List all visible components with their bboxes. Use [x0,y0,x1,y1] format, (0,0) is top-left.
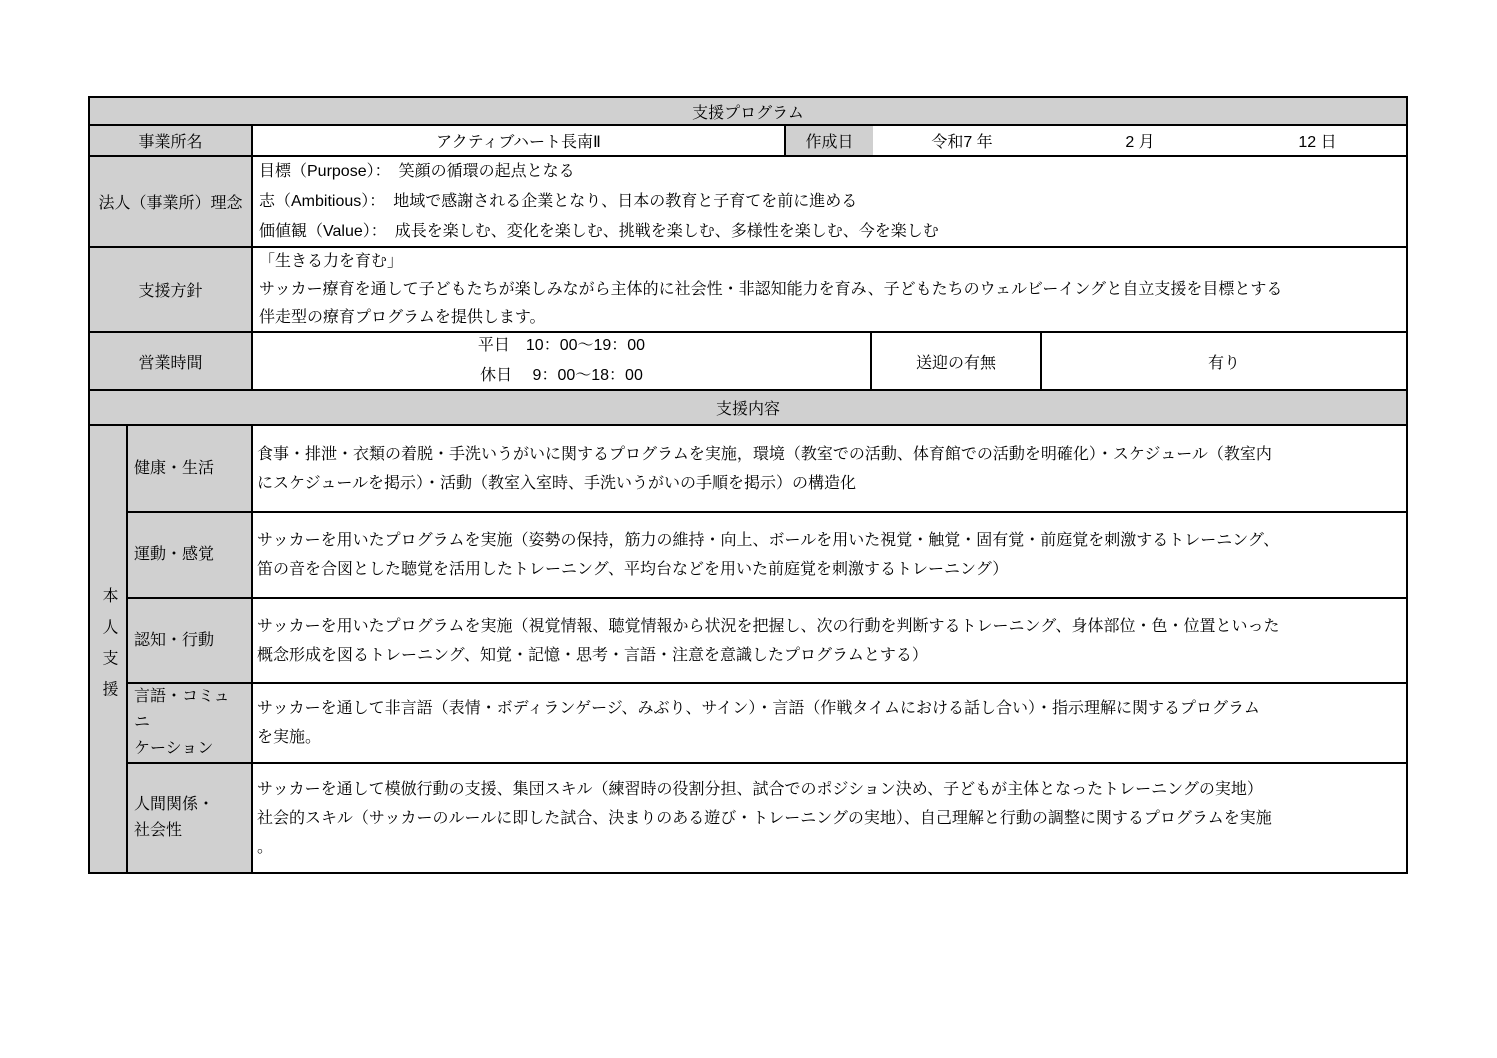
pickup-label: 送迎の有無 [872,333,1042,389]
personal-support-side-label: 本人支援 [100,587,116,712]
row-text-motor-sensory: サッカーを用いたプログラムを実施（姿勢の保持，筋力の維持・向上、ボールを用いた視… [257,526,1279,584]
row-text-cell: サッカーを用いたプログラムを実施（姿勢の保持，筋力の維持・向上、ボールを用いた視… [253,513,1406,597]
created-date-label: 作成日 [786,126,873,155]
support-content-body: 本人支援 健康・生活 食事・排泄・衣類の着脱・手洗いうがいに関するプログラムを実… [90,426,1406,872]
business-hours-row: 営業時間 平日 10：00～19：00 休日 9：00～18：00 送迎の有無 … [90,333,1406,391]
row-text-health-life: 食事・排泄・衣類の着脱・手洗いうがいに関するプログラムを実施，環境（教室での活動… [257,440,1272,498]
table-row-motor-sensory: 運動・感覚 サッカーを用いたプログラムを実施（姿勢の保持，筋力の維持・向上、ボー… [128,513,1406,599]
table-row-health-life: 健康・生活 食事・排泄・衣類の着脱・手洗いうがいに関するプログラムを実施，環境（… [128,426,1406,513]
business-hours-label: 営業時間 [90,333,253,389]
row-text-cell: サッカーを通して模倣行動の支援、集団スキル（練習時の役割分担、試合でのポジション… [253,764,1406,872]
created-month: 2 月 [1051,126,1229,155]
business-hours-value-cell: 平日 10：00～19：00 休日 9：00～18：00 [253,333,872,389]
row-text-cell: 食事・排泄・衣類の着脱・手洗いうがいに関するプログラムを実施，環境（教室での活動… [253,426,1406,511]
table-row-relationships-social: 人間関係・ 社会性 サッカーを通して模倣行動の支援、集団スキル（練習時の役割分担… [128,764,1406,872]
support-policy-text: 「生きる力を育む」 サッカー療育を通して子どもたちが楽しみながら主体的に社会性・… [259,248,1282,331]
support-content-header: 支援内容 [716,396,780,419]
philosophy-row: 法人（事業所）理念 目標（Purpose）： 笑顔の循環の起点となる 志（Amb… [90,157,1406,248]
office-date-row: 事業所名 アクティブハート長南Ⅱ 作成日 令和7 年 2 月 12 日 [90,126,1406,157]
support-program-table: 支援プログラム 事業所名 アクティブハート長南Ⅱ 作成日 令和7 年 2 月 1… [88,96,1408,874]
document-title: 支援プログラム [692,100,804,123]
pickup-value: 有り [1042,333,1406,389]
row-label-health-life: 健康・生活 [128,426,253,511]
table-row-cognition-behavior: 認知・行動 サッカーを用いたプログラムを実施（視覚情報、聴覚情報から状況を把握し… [128,599,1406,684]
row-text-relationships-social: サッカーを通して模倣行動の支援、集団スキル（練習時の役割分担、試合でのポジション… [257,775,1272,862]
created-day: 12 日 [1229,126,1406,155]
personal-support-side-cell: 本人支援 [90,426,128,872]
row-text-cell: サッカーを通して非言語（表情・ボディランゲージ、みぶり、サイン）・言語（作戦タイ… [253,684,1406,762]
support-content-header-row: 支援内容 [90,391,1406,426]
row-label-language-communication: 言語・コミュニ ケーション [128,684,253,762]
support-policy-text-cell: 「生きる力を育む」 サッカー療育を通して子どもたちが楽しみながら主体的に社会性・… [253,248,1406,331]
row-label-cognition-behavior: 認知・行動 [128,599,253,682]
created-year: 令和7 年 [873,126,1051,155]
philosophy-text: 目標（Purpose）： 笑顔の循環の起点となる 志（Ambitious）： 地… [259,157,939,246]
support-policy-label: 支援方針 [90,248,253,331]
philosophy-label: 法人（事業所）理念 [90,157,253,246]
row-text-cognition-behavior: サッカーを用いたプログラムを実施（視覚情報、聴覚情報から状況を把握し、次の行動を… [257,612,1280,670]
row-text-language-communication: サッカーを通して非言語（表情・ボディランゲージ、みぶり、サイン）・言語（作戦タイ… [257,694,1260,752]
document-title-row: 支援プログラム [90,98,1406,126]
row-text-cell: サッカーを用いたプログラムを実施（視覚情報、聴覚情報から状況を把握し、次の行動を… [253,599,1406,682]
row-label-motor-sensory: 運動・感覚 [128,513,253,597]
philosophy-text-cell: 目標（Purpose）： 笑顔の循環の起点となる 志（Ambitious）： 地… [253,157,1406,246]
row-label-relationships-social: 人間関係・ 社会性 [128,764,253,872]
business-hours-value: 平日 10：00～19：00 休日 9：00～18：00 [478,333,645,389]
document-page: 支援プログラム 事業所名 アクティブハート長南Ⅱ 作成日 令和7 年 2 月 1… [0,0,1497,1058]
support-content-rows: 健康・生活 食事・排泄・衣類の着脱・手洗いうがいに関するプログラムを実施，環境（… [128,426,1406,872]
office-name-label: 事業所名 [90,126,253,155]
table-row-language-communication: 言語・コミュニ ケーション サッカーを通して非言語（表情・ボディランゲージ、みぶ… [128,684,1406,764]
support-policy-row: 支援方針 「生きる力を育む」 サッカー療育を通して子どもたちが楽しみながら主体的… [90,248,1406,333]
office-name-value: アクティブハート長南Ⅱ [253,126,786,155]
